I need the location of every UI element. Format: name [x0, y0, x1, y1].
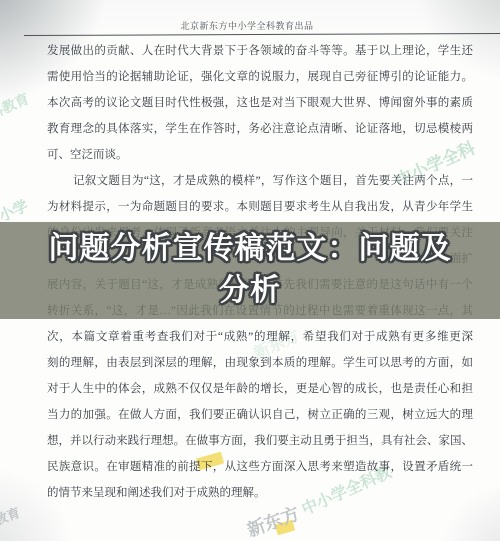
document-line: 教育理念的具体落实，学生在作答时，务必注意论点清晰、论证落地，切忌模棱两: [47, 116, 473, 142]
document-line: 本次高考的议论文题目时代性极强，这也是对当下眼观大世界、博闻窗外事的素质: [47, 90, 473, 116]
yellow-highlight-mark: [275, 520, 295, 536]
document-line: 为材料提示，一为命题题目的要求。本则题目要求考生从自我出发，从青少年学生: [47, 194, 473, 220]
watermark-text: 科教育: [0, 88, 32, 123]
overlay-title: 问题分析宣传稿范文：问题及 分析: [0, 228, 500, 312]
overlay-title-line2: 分析: [0, 270, 500, 312]
overlay-title-line1: 问题分析宣传稿范文：问题及: [0, 228, 500, 270]
document-line: 当力的加强。在做人方面，我们要正确认识自己，树立正确的三观，树立远大的理: [47, 402, 473, 428]
document-line: 想，并以行动来践行理想。在做事方面，我们要主动且勇于担当，具有社会、家国、: [47, 428, 473, 454]
watermark-fragment: 教育: [0, 502, 22, 529]
header-divider-line: [24, 33, 500, 36]
publisher-header: 北京新东方中小学全科教育出品: [0, 19, 494, 32]
document-line: 需使用恰当的论据辅助论证，强化文章的说服力，展现自己旁征博引的论证能力。: [47, 64, 473, 90]
document-line: 次，本篇文章着重考查我们对于“成熟”的理解，希望我们对于成熟有更多维更深: [47, 324, 473, 350]
document-line: 的情节来呈现和阐述我们对于成熟的理解。: [47, 480, 473, 506]
document-line: 刻的理解，由表层到深层的理解，由现象到本质的理解。学生可以思考的方面，如: [47, 350, 473, 376]
document-line: 可、空泛而谈。: [47, 142, 473, 168]
document-line: 民族意识。在审题精准的前提下，从这些方面深入思考来塑造故事，设置矛盾统一: [47, 454, 473, 480]
document-line: 发展做出的贡献、人在时代大背景下于各领域的奋斗等等。基于以上理论，学生还: [47, 38, 473, 64]
document-line: 对于人生中的体会，成熟不仅仅是年龄的增长，更是心智的成长，也是责任心和担: [47, 376, 473, 402]
document-line: 记叙文题目为“这，才是成熟的模样”，写作这个题目，首先要关注两个点，一: [47, 168, 473, 194]
document-photo-page: 中小学全科 科教育 中小学 新东方 中小学全科教 新东方 教育 北京新东方中小学…: [0, 0, 500, 541]
